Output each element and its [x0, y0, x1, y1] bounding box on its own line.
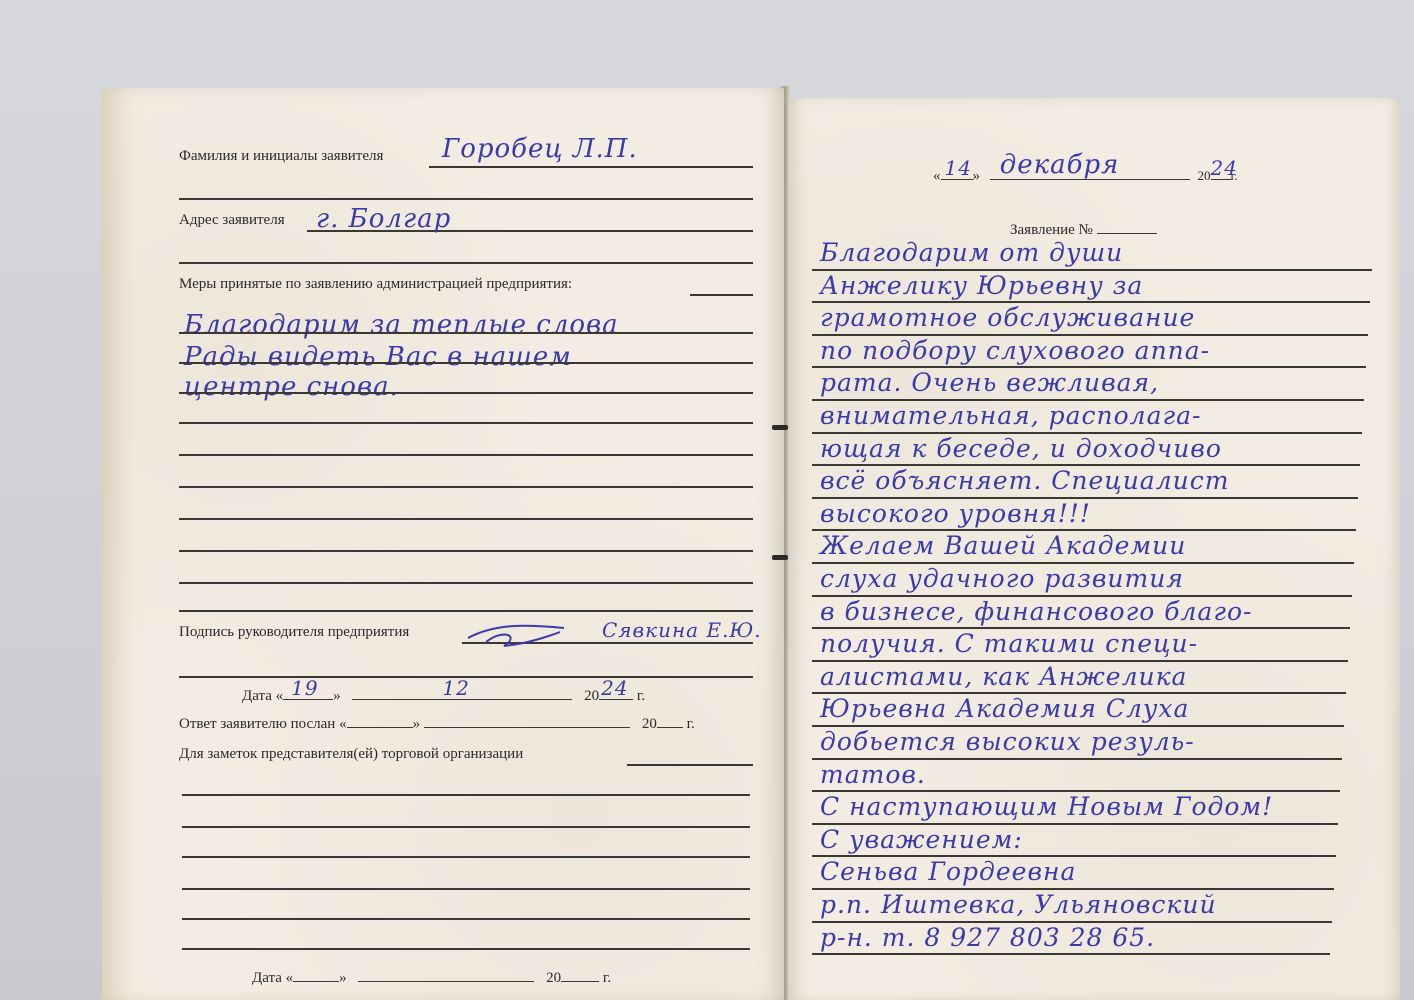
- statement-line: ющая к беседе, и доходчиво: [820, 434, 1222, 463]
- date-day-value: 19: [291, 676, 318, 700]
- statement-year-field: 24: [1211, 166, 1231, 180]
- bottom-date-row: Дата «» 20 г.: [252, 968, 611, 987]
- response-suffix: г.: [687, 716, 695, 732]
- bottom-date-label: Дата «: [252, 970, 293, 986]
- rule: [179, 198, 753, 200]
- statement-line: татов.: [820, 760, 926, 789]
- rule: [179, 518, 753, 520]
- date-month-value: 12: [442, 676, 469, 700]
- measures-line: центре снова.: [184, 372, 399, 402]
- date-year-field: 24: [599, 686, 633, 700]
- binding-stitch: [772, 555, 788, 560]
- statement-number: Заявление №: [1010, 220, 1157, 239]
- rule: [812, 953, 1330, 955]
- statement-line: Сеньва Гордеевна: [820, 857, 1076, 886]
- left-page: Фамилия и инициалы заявителя Горобец Л.П…: [102, 88, 784, 1000]
- date-label: Дата «: [242, 688, 283, 704]
- applicant-name-value: Горобец Л.П.: [442, 134, 638, 164]
- bottom-date-year-prefix: 20: [546, 970, 561, 986]
- rule: [179, 332, 753, 334]
- response-year-field: [657, 714, 683, 728]
- date-day-field: 19: [283, 686, 333, 700]
- rule: [179, 392, 753, 394]
- statement-line: Благодарим от души: [820, 238, 1123, 267]
- signature-scribble-icon: [464, 618, 574, 652]
- date-year-prefix: 20: [584, 688, 599, 704]
- measures-line: Благодарим за теплые слова: [184, 310, 619, 340]
- response-year-prefix: 20: [642, 716, 657, 732]
- rule: [627, 764, 753, 766]
- statement-line: р.п. Иштевка, Ульяновский: [820, 890, 1217, 919]
- rule: [182, 826, 750, 828]
- rule: [182, 888, 750, 890]
- rule: [179, 454, 753, 456]
- response-label: Ответ заявителю послан «: [179, 716, 347, 732]
- statement-line: получия. С такими специ-: [820, 629, 1198, 658]
- statement-number-label: Заявление №: [1010, 222, 1093, 238]
- statement-year-value: 24: [1211, 156, 1238, 180]
- statement-line: всё объясняет. Специалист: [820, 466, 1229, 495]
- statement-line: С уважением:: [820, 825, 1023, 854]
- rule: [690, 294, 753, 296]
- statement-year-prefix: 20: [1198, 168, 1211, 183]
- statement-line: внимательная, располага-: [820, 401, 1201, 430]
- rule: [179, 486, 753, 488]
- rule: [179, 262, 753, 264]
- statement-line: Юрьевна Академия Слуха: [820, 694, 1189, 723]
- bottom-date-day-field: [293, 968, 339, 982]
- rule: [179, 610, 753, 612]
- statement-month-field: декабря: [990, 166, 1190, 180]
- statement-line: грамотное обслуживание: [820, 303, 1195, 332]
- binding-stitch: [772, 425, 788, 430]
- statement-line: высокого уровня!!!: [820, 499, 1091, 528]
- rule: [179, 582, 753, 584]
- statement-line: С наступающим Новым Годом!: [820, 792, 1273, 821]
- signature-name: Сявкина Е.Ю.: [602, 618, 762, 642]
- rule: [182, 856, 750, 858]
- statement-line: по подбору слухового аппа-: [820, 336, 1210, 365]
- rule: [179, 362, 753, 364]
- bottom-date-year-field: [561, 968, 599, 982]
- rule: [182, 918, 750, 920]
- statement-day-field: 14: [941, 166, 973, 180]
- statement-line: добьется высоких резуль-: [820, 727, 1195, 756]
- measures-label: Меры принятые по заявлению администрацие…: [179, 276, 572, 293]
- address-label: Адрес заявителя: [179, 212, 285, 229]
- statement-line: в бизнесе, финансового благо-: [820, 597, 1252, 626]
- rule: [182, 794, 750, 796]
- response-month-field: [424, 714, 630, 728]
- date-year-value: 24: [601, 676, 628, 700]
- statement-number-field: [1097, 220, 1157, 234]
- right-page: «14» декабря 2024г. Заявление № Благодар…: [788, 98, 1400, 1000]
- date-month-field: 12: [352, 686, 572, 700]
- measures-line: Рады видеть Вас в нашем: [184, 342, 572, 372]
- date-suffix: г.: [637, 688, 645, 704]
- statement-line: слуха удачного развития: [820, 564, 1184, 593]
- applicant-name-label: Фамилия и инициалы заявителя: [179, 148, 383, 165]
- rule: [179, 550, 753, 552]
- bottom-date-suffix: г.: [603, 970, 611, 986]
- response-day-field: [347, 714, 413, 728]
- statement-date: «14» декабря 2024г.: [933, 166, 1238, 185]
- bottom-date-month-field: [358, 968, 534, 982]
- statement-line: Анжелику Юрьевну за: [820, 271, 1143, 300]
- signature-label: Подпись руководителя предприятия: [179, 624, 409, 641]
- statement-line: алистами, как Анжелика: [820, 662, 1187, 691]
- approval-date: Дата «19» 12 2024 г.: [242, 686, 645, 705]
- address-value: г. Болгар: [316, 204, 451, 234]
- statement-month-value: декабря: [1000, 150, 1120, 180]
- statement-line: р-н. т. 8 927 803 28 65.: [820, 923, 1155, 952]
- notes-label: Для заметок представителя(ей) торговой о…: [179, 746, 523, 763]
- rule: [429, 166, 753, 168]
- rule: [179, 422, 753, 424]
- statement-line: Желаем Вашей Академии: [820, 531, 1186, 560]
- statement-line: рата. Очень вежливая,: [820, 368, 1159, 397]
- response-sent-row: Ответ заявителю послан «» 20 г.: [179, 714, 695, 733]
- statement-day-value: 14: [945, 156, 972, 180]
- rule: [182, 948, 750, 950]
